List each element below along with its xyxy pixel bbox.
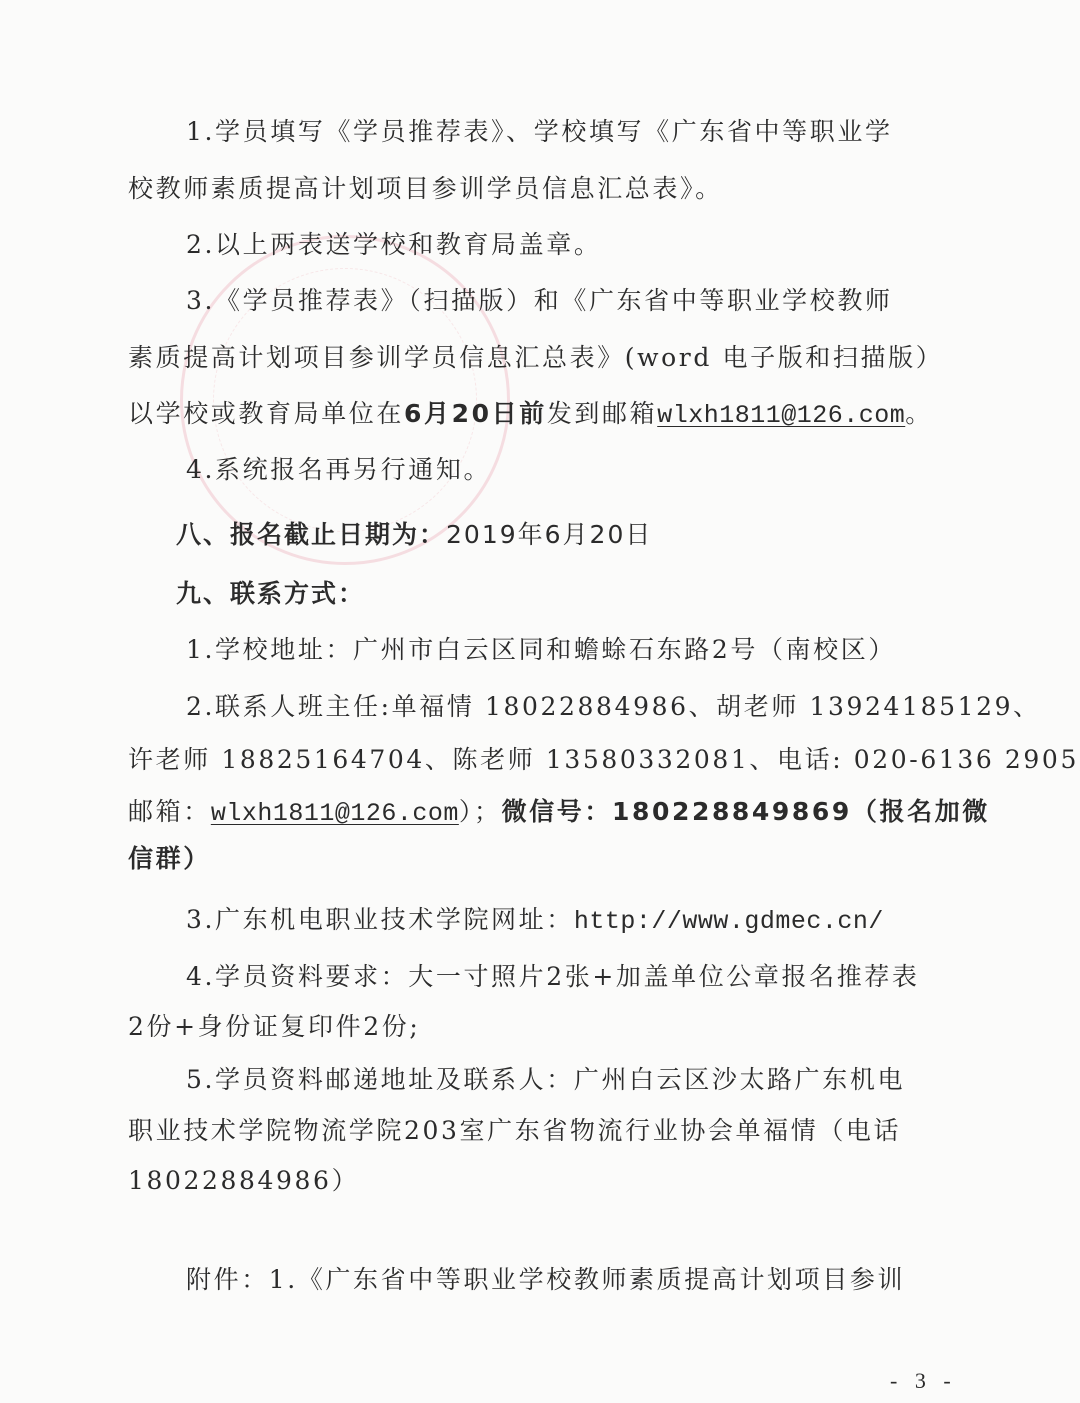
wechat-id-text: 微信号：180228849869（报名加微	[502, 797, 990, 826]
section-8-heading: 八、报名截止日期为：2019年6月20日	[176, 518, 1006, 552]
item-1-line-1: 1.学员填写《学员推荐表》、学校填写《广东省中等职业学	[186, 115, 958, 149]
item-3-line-1: 3.《学员推荐表》（扫描版）和《广东省中等职业学校教师	[186, 284, 958, 318]
item-3-text-suffix: 。	[905, 399, 933, 428]
contact-item-5-line-3: 18022884986）	[128, 1164, 958, 1198]
registration-deadline-date: 2019年6月20日	[446, 520, 652, 549]
attachment-line-1: 附件：1.《广东省中等职业学校教师素质提高计划项目参训	[186, 1263, 958, 1297]
item-3-line-3: 以学校或教育局单位在6月20日前发到邮箱wlxh1811@126.com。	[128, 397, 958, 433]
item-1-line-2: 校教师素质提高计划项目参训学员信息汇总表》。	[128, 172, 958, 206]
item-3-line-2: 素质提高计划项目参训学员信息汇总表》(word 电子版和扫描版）	[128, 341, 958, 375]
section-8-title: 八、报名截止日期为：	[176, 520, 446, 549]
item-4-line-1: 4.系统报名再另行通知。	[186, 453, 958, 487]
contact-item-1-line-1: 1.学校地址：广州市白云区同和蟾蜍石东路2号（南校区）	[186, 633, 958, 667]
website-url-link[interactable]: http://www.gdmec.cn/	[574, 907, 884, 936]
contact-item-4-line-1: 4.学员资料要求：大一寸照片2张+加盖单位公章报名推荐表	[186, 960, 958, 994]
section-9-heading: 九、联系方式：	[176, 577, 1006, 611]
contact-item-2-line-2: 许老师 18825164704、陈老师 13580332081、电话: 020-…	[128, 743, 958, 777]
contact-item-3-line-1: 3.广东机电职业技术学院网址：http://www.gdmec.cn/	[186, 903, 958, 939]
deadline-bold-text: 6月20日前	[404, 399, 547, 428]
contact-item-2-line-1: 2.联系人班主任:单福情 18022884986、胡老师 13924185129…	[186, 690, 958, 724]
contact-item-5-line-1: 5.学员资料邮递地址及联系人：广州白云区沙太路广东机电	[186, 1063, 958, 1097]
contact-email-label: 邮箱：	[128, 797, 211, 826]
contact-item-4-line-2: 2份+身份证复印件2份;	[128, 1010, 958, 1044]
contact-item-5-line-2: 职业技术学院物流学院203室广东省物流行业协会单福情（电话	[128, 1114, 958, 1148]
website-label: 3.广东机电职业技术学院网址：	[186, 905, 574, 934]
item-2-line-1: 2.以上两表送学校和教育局盖章。	[186, 228, 958, 262]
contact-separator: ）；	[459, 797, 502, 826]
contact-email-link[interactable]: wlxh1811@126.com	[211, 799, 459, 828]
document-page: 1.学员填写《学员推荐表》、学校填写《广东省中等职业学 校教师素质提高计划项目参…	[0, 0, 1080, 1403]
item-3-text-middle: 发到邮箱	[547, 399, 657, 428]
item-3-text-prefix: 以学校或教育局单位在	[128, 399, 404, 428]
contact-item-2-line-4: 信群）	[128, 842, 958, 876]
email-link[interactable]: wlxh1811@126.com	[657, 401, 905, 430]
contact-item-2-line-3: 邮箱：wlxh1811@126.com）；微信号：180228849869（报名…	[128, 795, 958, 831]
page-number: - 3 -	[890, 1368, 957, 1394]
